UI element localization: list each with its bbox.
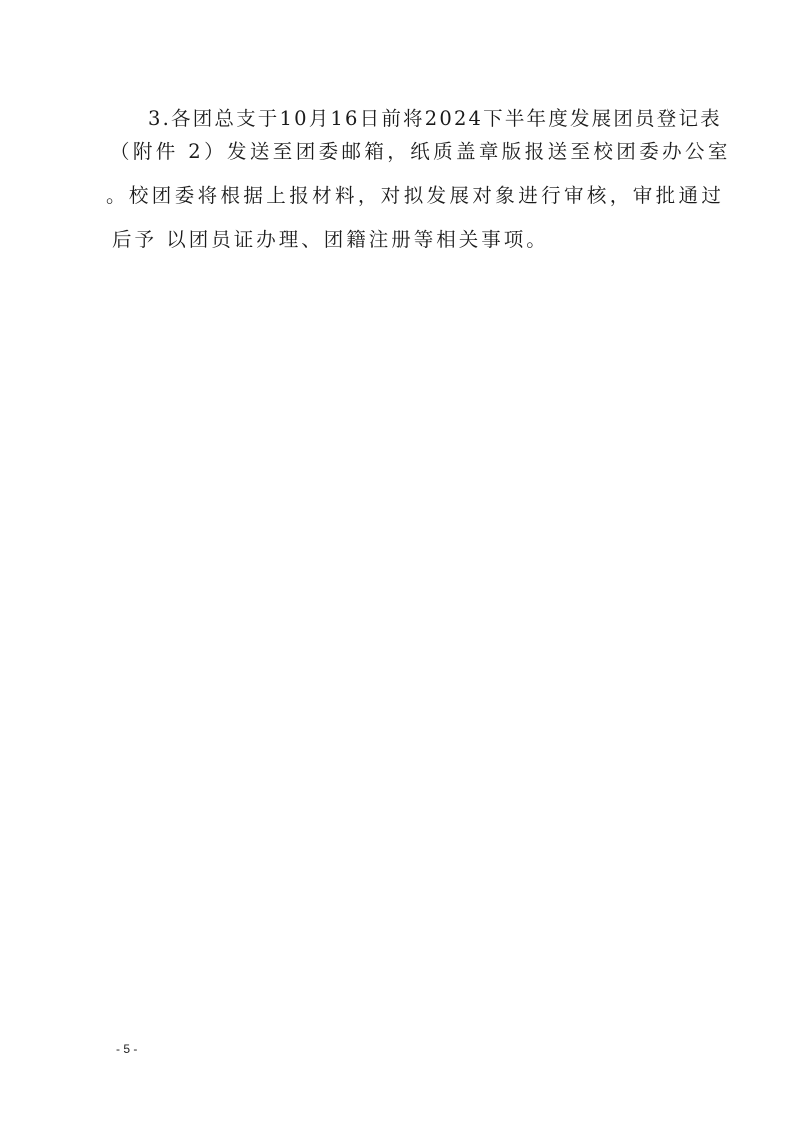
paragraph-line-1: 3.各团总支于10月16日前将2024下半年度发展团员登记表	[148, 107, 722, 131]
paragraph-line-2: （附件 2）发送至团委邮箱，纸质盖章版报送至校团委办公室	[110, 140, 731, 164]
paragraph-line-3: 。校团委将根据上报材料，对拟发展对象进行审核，审批通过	[106, 184, 724, 208]
paragraph-line-4: 后予 以团员证办理、团籍注册等相关事项。	[112, 228, 549, 252]
page-number: - 5 -	[116, 1042, 137, 1056]
document-page: 3.各团总支于10月16日前将2024下半年度发展团员登记表 （附件 2）发送至…	[0, 0, 793, 1122]
